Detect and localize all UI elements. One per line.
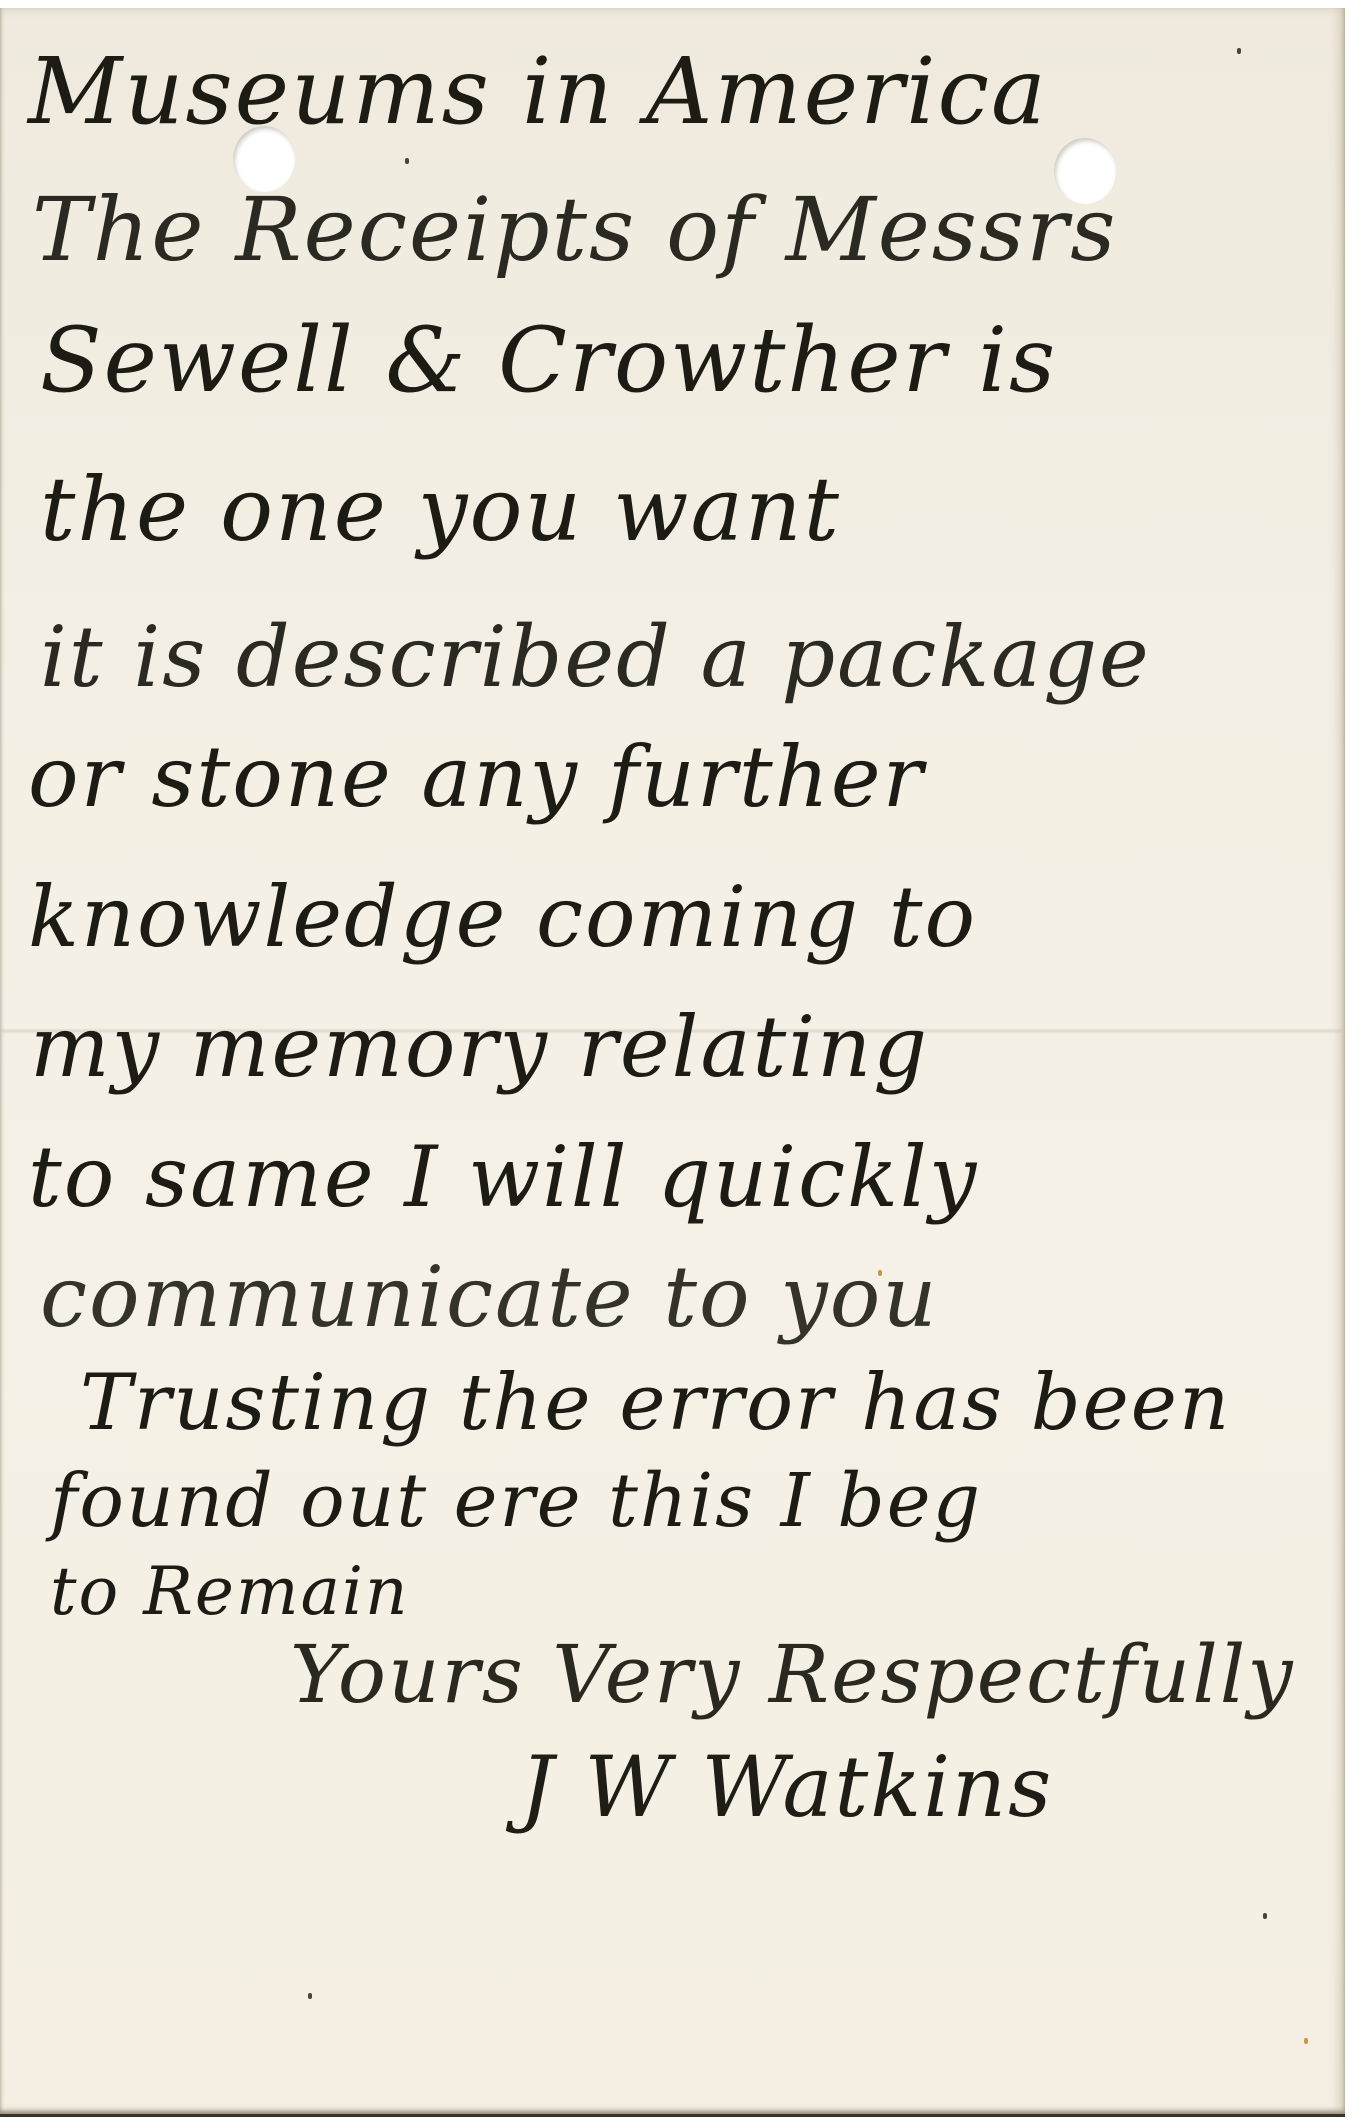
letter-line-9: to same I will quickly xyxy=(28,1128,978,1226)
letter-line-6: or stone any further xyxy=(28,728,925,826)
letter-closing: Yours Very Respectfully xyxy=(290,1628,1295,1721)
letter-line-5: it is described a package xyxy=(40,608,1151,706)
letter-line-11: Trusting the error has been xyxy=(80,1358,1231,1448)
letter-line-13: to Remain xyxy=(50,1553,410,1630)
letter-line-1: Museums in America xyxy=(28,38,1048,145)
letter-line-12: found out ere this I beg xyxy=(50,1458,982,1544)
letter-line-3: Sewell & Crowther is xyxy=(40,308,1057,413)
letter-line-7: knowledge coming to xyxy=(28,868,977,966)
letter-signature: J W Watkins xyxy=(520,1738,1053,1836)
letter-line-10: communicate to you xyxy=(40,1248,938,1346)
letter-line-4: the one you want xyxy=(40,458,841,561)
letter-page: Museums in America The Receipts of Messr… xyxy=(0,8,1345,2117)
ink-speck xyxy=(1237,48,1241,54)
letter-line-2: The Receipts of Messrs xyxy=(32,178,1117,281)
foxing-spot xyxy=(878,1270,882,1276)
ink-speck xyxy=(405,158,409,164)
ink-speck xyxy=(308,1993,312,1999)
foxing-spot xyxy=(1304,2038,1308,2044)
letter-line-8: my memory relating xyxy=(30,998,929,1096)
ink-speck xyxy=(1263,1913,1267,1919)
